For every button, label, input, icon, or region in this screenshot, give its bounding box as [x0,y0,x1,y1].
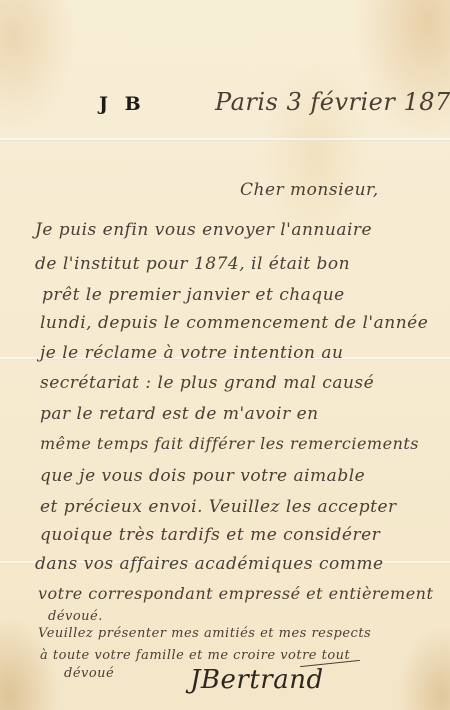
letterhead-monogram: J B [99,93,146,115]
fold-line [0,138,450,141]
body-line: dans vos affaires académiques comme [35,554,384,574]
body-line: prêt le premier janvier et chaque [42,285,345,305]
body-line: votre correspondant empressé et entièrem… [38,584,433,603]
signature: JBertrand [190,665,324,695]
closing-line: à toute votre famille et me croire votre… [40,648,350,663]
body-line: secrétariat : le plus grand mal causé [40,373,374,393]
body-line: quoique très tardifs et me considérer [40,525,380,545]
closing-line: dévoué. [48,609,103,624]
body-line: lundi, depuis le commencement de l'année [40,313,428,333]
closing-line: dévoué [64,666,114,681]
body-line: par le retard est de m'avoir en [40,404,319,424]
salutation: Cher monsieur, [240,180,379,200]
body-line: de l'institut pour 1874, il était bon [35,254,350,274]
body-line: Je puis enfin vous envoyer l'annuaire [35,220,372,240]
dateline: Paris 3 février 1874 [215,88,450,116]
body-line: et précieux envoi. Veuillez les accepter [40,497,397,517]
body-line: je le réclame à votre intention au [40,343,343,363]
body-line: que je vous dois pour votre aimable [40,466,365,486]
closing-line: Veuillez présenter mes amitiés et mes re… [38,626,371,641]
letter-page: J B Paris 3 février 1874 Cher monsieur, … [0,0,450,710]
body-line: même temps fait différer les remerciemen… [40,434,419,453]
